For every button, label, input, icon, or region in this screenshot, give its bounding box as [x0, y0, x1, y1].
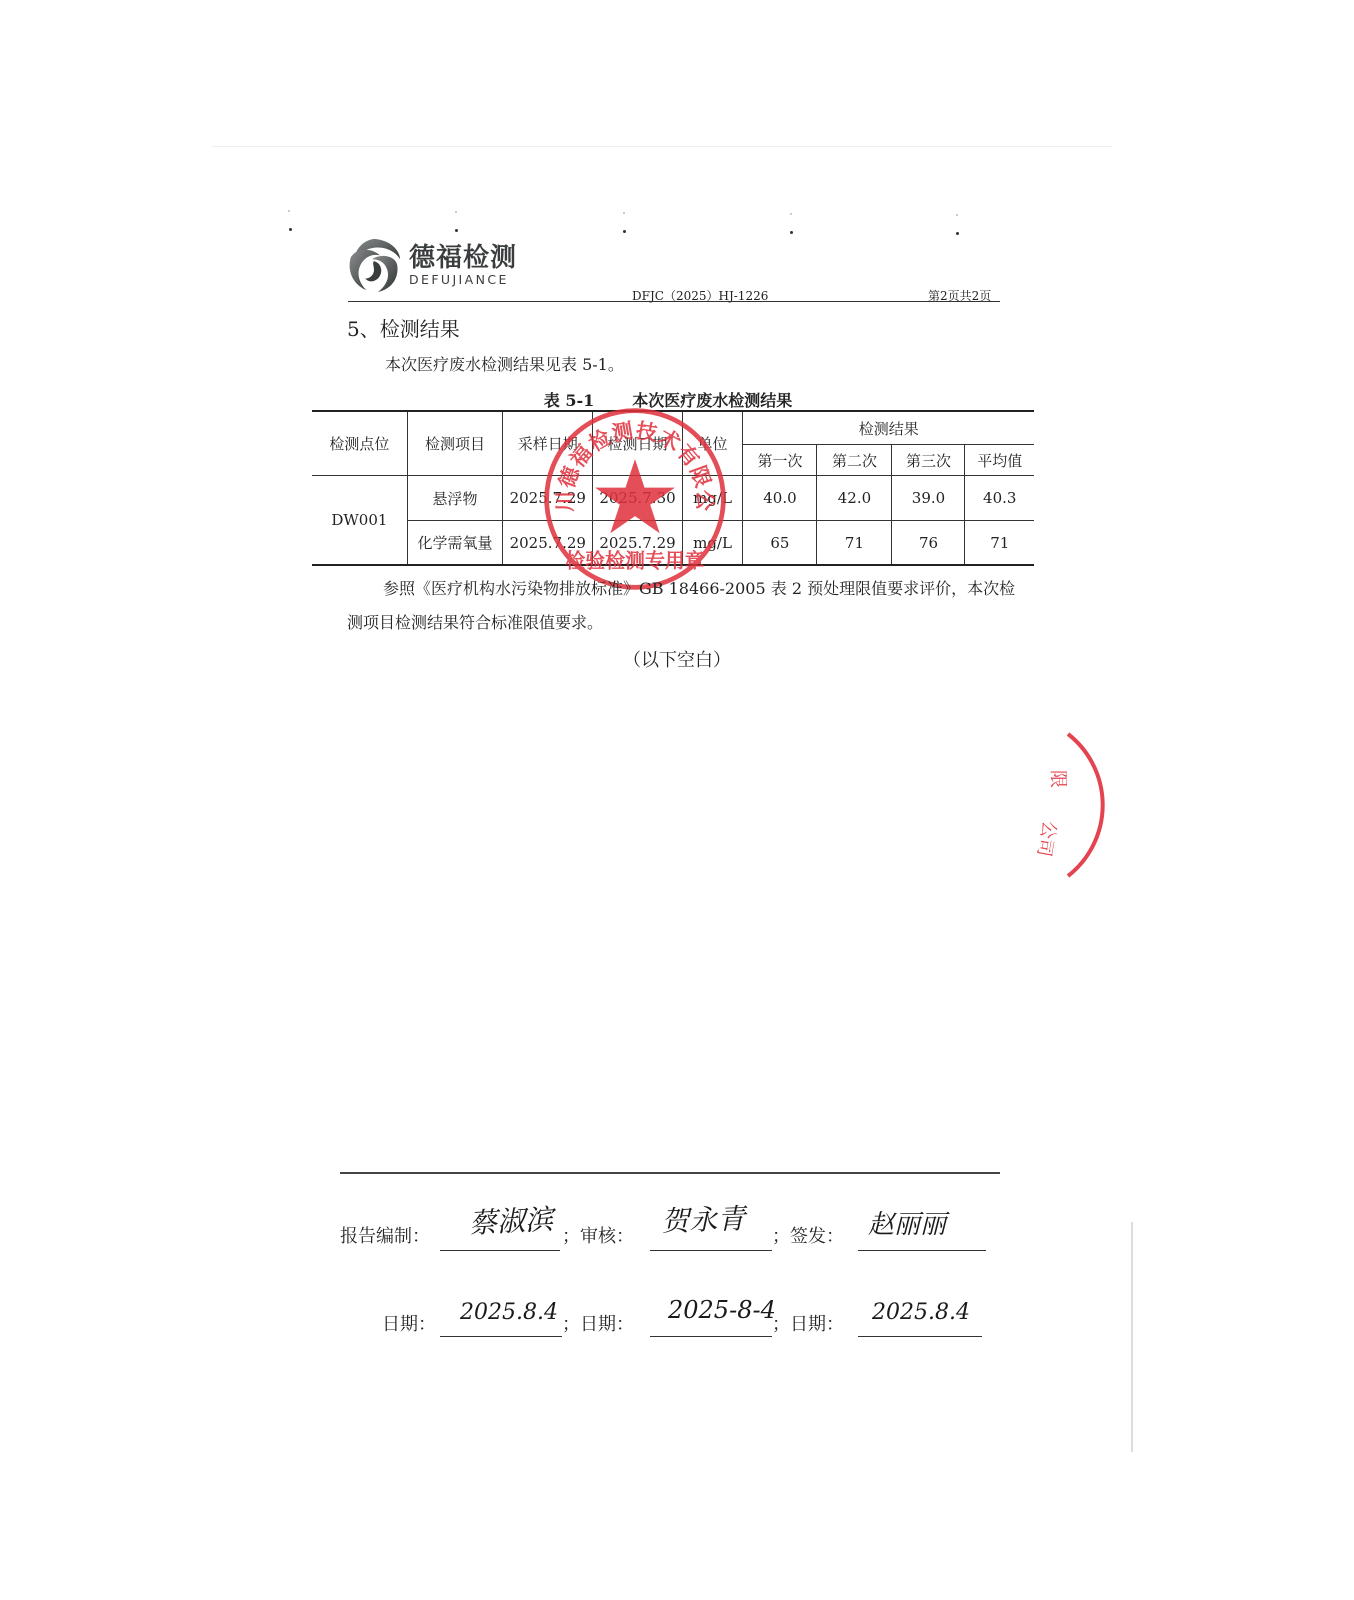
cell-first: 40.0: [743, 476, 817, 521]
conclusion-paragraph: 参照《医疗机构水污染物排放标准》GB 18466-2005 表 2 预处理限值要…: [347, 572, 1027, 640]
date-reviewed-line: [650, 1336, 772, 1337]
table-row: DW001 悬浮物 2025.7.29 2025.7.30 mg/L 40.0 …: [312, 476, 1034, 521]
cross-page-seal-fragment: 限 公司: [1030, 730, 1110, 880]
header-average: 平均值: [965, 445, 1034, 476]
cell-second: 71: [817, 521, 892, 566]
issued-signature: 赵丽丽: [868, 1204, 946, 1241]
seal-fragment-text: 公司: [1033, 819, 1060, 858]
cell-item: 悬浮物: [407, 476, 502, 521]
header-unit: 单位: [682, 411, 743, 476]
table-header-row: 检测点位 检测项目 采样日期 检测日期 单位 检测结果: [312, 411, 1034, 445]
cell-second: 42.0: [817, 476, 892, 521]
header-results-group: 检测结果: [743, 411, 1034, 445]
date-compiled: 2025.8.4: [460, 1300, 558, 1325]
date-label-compiled: 日期：: [382, 1310, 436, 1336]
cell-sample-date: 2025.7.29: [503, 521, 593, 566]
cell-point: DW001: [312, 476, 407, 566]
table-caption-title: 本次医疗废水检测结果: [632, 391, 792, 410]
header-sample-date: 采样日期: [503, 411, 593, 476]
cell-test-date: 2025.7.29: [593, 521, 682, 566]
cell-first: 65: [743, 521, 817, 566]
svg-text:限: 限: [1047, 770, 1068, 788]
date-issued: 2025.8.4: [872, 1300, 970, 1325]
logo-chinese-name: 德福检测: [409, 243, 517, 273]
table-caption: 表 5-1本次医疗废水检测结果: [0, 388, 1354, 411]
issued-label: ；签发：: [772, 1222, 844, 1248]
reviewed-signature: 贺永青: [661, 1197, 746, 1240]
cell-third: 39.0: [892, 476, 965, 521]
header-test-date: 检测日期: [593, 411, 682, 476]
compiled-label: 报告编制：: [340, 1222, 430, 1248]
scan-edge-top: [212, 146, 1112, 147]
date-reviewed: 2025-8-4: [668, 1296, 776, 1324]
table-caption-number: 表 5-1: [544, 391, 594, 410]
cell-unit: mg/L: [682, 476, 743, 521]
reviewed-label: ；审核：: [562, 1222, 634, 1248]
cell-item: 化学需氧量: [407, 521, 502, 566]
issued-signature-line: [858, 1250, 986, 1251]
date-label-reviewed: ；日期：: [562, 1310, 634, 1336]
results-table: 检测点位 检测项目 采样日期 检测日期 单位 检测结果 第一次 第二次 第三次 …: [312, 410, 1034, 566]
compiled-signature: 蔡淑滨: [468, 1198, 554, 1242]
intro-paragraph: 本次医疗废水检测结果见表 5-1。: [385, 352, 624, 375]
section-title: 5、检测结果: [347, 313, 460, 342]
compiled-signature-line: [440, 1250, 560, 1251]
shield-swirl-icon: [345, 236, 403, 294]
logo-english-name: DEFUJIANCE: [409, 273, 517, 287]
cell-average: 40.3: [965, 476, 1034, 521]
company-logo: 德福检测 DEFUJIANCE: [345, 236, 517, 294]
table-row: 化学需氧量 2025.7.29 2025.7.29 mg/L 65 71 76 …: [312, 521, 1034, 566]
date-label-issued: ；日期：: [772, 1310, 844, 1336]
reviewed-signature-line: [650, 1250, 772, 1251]
header-point: 检测点位: [312, 411, 407, 476]
header-third: 第三次: [892, 445, 965, 476]
cell-average: 71: [965, 521, 1034, 566]
header-second: 第二次: [817, 445, 892, 476]
date-compiled-line: [440, 1336, 562, 1337]
header-rule: [348, 301, 1000, 302]
cell-third: 76: [892, 521, 965, 566]
blank-below-note: （以下空白）: [0, 646, 1354, 672]
cell-unit: mg/L: [682, 521, 743, 566]
scan-edge-right: [1131, 1222, 1133, 1452]
header-item: 检测项目: [407, 411, 502, 476]
date-issued-line: [858, 1336, 982, 1337]
header-first: 第一次: [743, 445, 817, 476]
cell-test-date: 2025.7.30: [593, 476, 682, 521]
cell-sample-date: 2025.7.29: [503, 476, 593, 521]
signature-separator: [340, 1172, 1000, 1174]
